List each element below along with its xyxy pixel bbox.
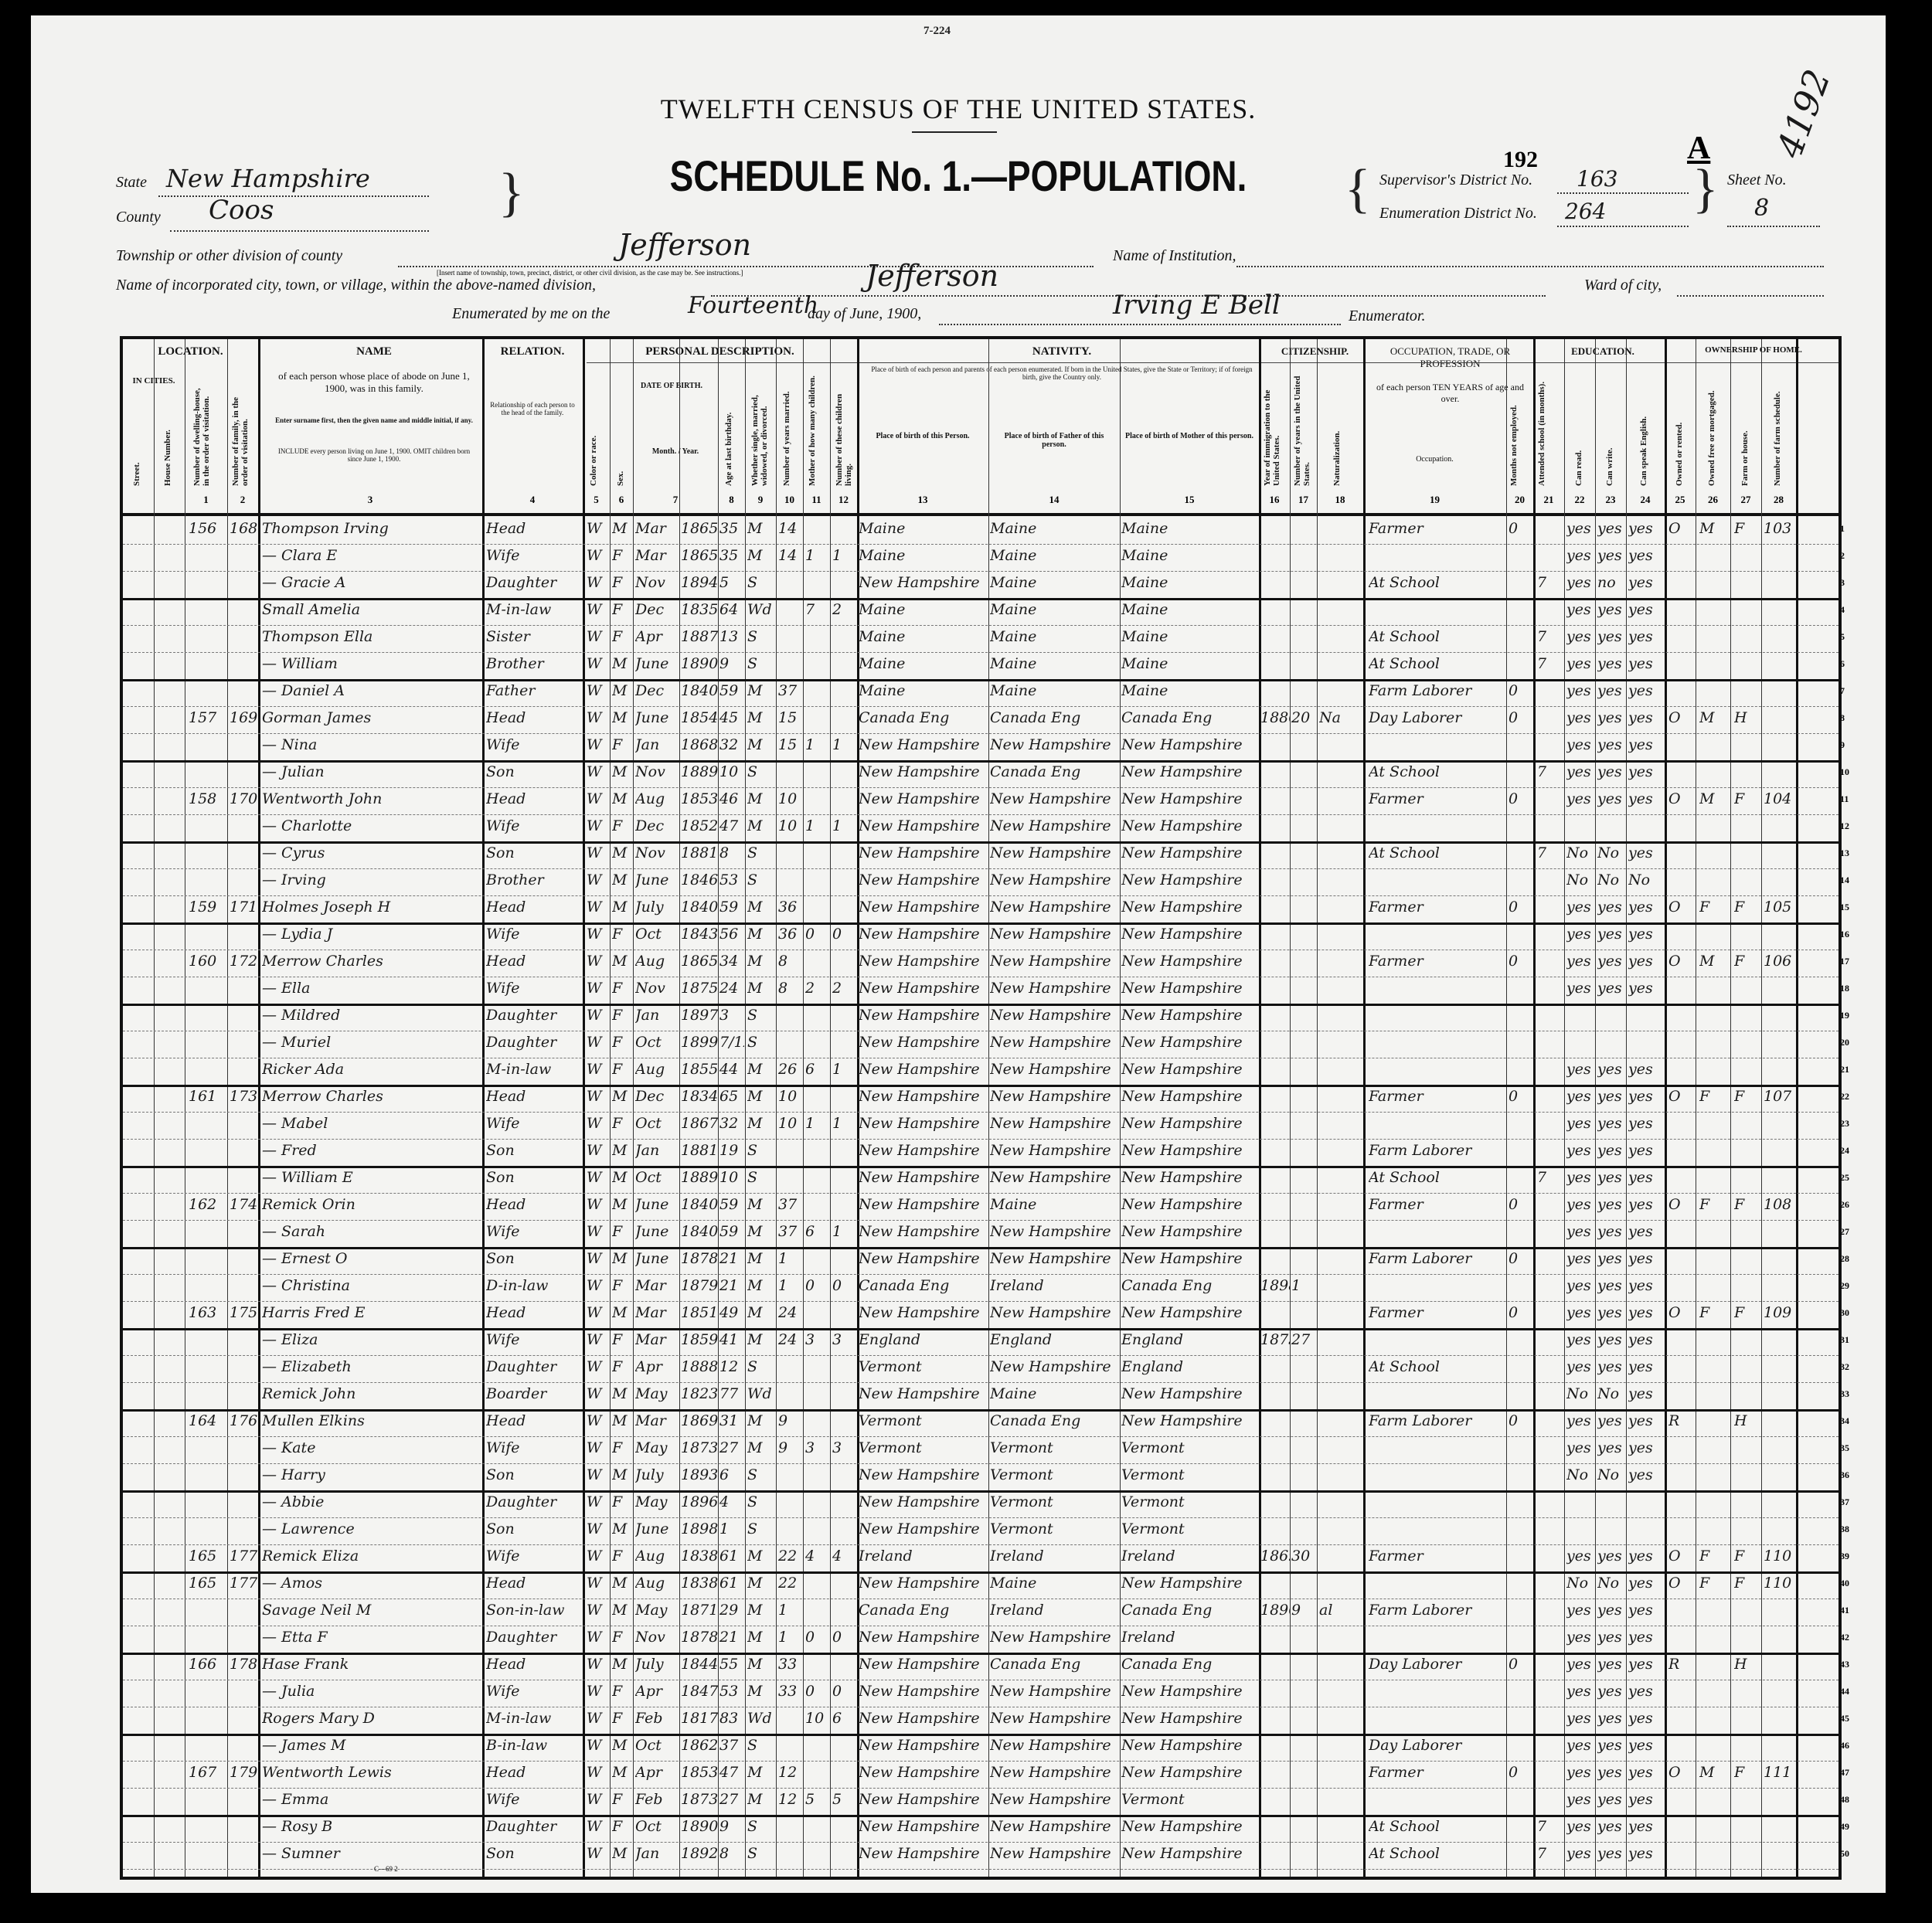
cell-read: yes	[1566, 655, 1594, 672]
cell-ms: M	[747, 520, 775, 537]
section-relation: RELATION.	[486, 345, 579, 358]
county-value: Coos	[209, 195, 274, 226]
cell-age: 59	[719, 1223, 744, 1240]
name-instruction-2: INCLUDE every person living on June 1, 1…	[274, 447, 474, 463]
cell-pb: New Hampshire	[859, 1656, 987, 1673]
cell-name: Small Amelia	[262, 601, 482, 618]
cell-sex: F	[612, 817, 632, 834]
table-row: — CyrusSonWMNov18818SNew HampshireNew Ha…	[123, 841, 1838, 869]
cell-mc: 0	[805, 1683, 828, 1700]
cell-mc: 1	[805, 736, 828, 753]
cell-write: yes	[1597, 1412, 1625, 1429]
cell-age: 49	[719, 1304, 744, 1321]
cell-dw: 167	[189, 1764, 226, 1781]
cell-rel: Daughter	[486, 1034, 582, 1051]
cell-cl: 1	[832, 1115, 855, 1132]
line-number: 15	[1840, 902, 1849, 913]
table-row: — ElizaWifeWFMar185941M2433EnglandEnglan…	[123, 1328, 1838, 1356]
cell-ym: 12	[778, 1791, 803, 1808]
enumerated-prefix: Enumerated by me on the	[452, 305, 610, 323]
cell-occ: Farmer	[1369, 953, 1505, 970]
cell-ym: 26	[778, 1061, 803, 1078]
cell-write: No	[1597, 1575, 1625, 1592]
cell-rel: Head	[486, 1088, 582, 1105]
header-house-number: House Number.	[163, 424, 172, 486]
table-row: 162174Remick OrinHeadWMJune184059M37New …	[123, 1193, 1838, 1221]
cell-eng: yes	[1628, 1358, 1662, 1375]
cell-month: Aug	[635, 1575, 679, 1592]
cell-color: W	[587, 1520, 608, 1537]
cell-mb: Vermont	[1121, 1439, 1257, 1456]
cell-pb: New Hampshire	[859, 574, 987, 591]
cell-write: yes	[1597, 926, 1625, 943]
nativity-description: Place of birth of each person and parent…	[865, 365, 1259, 381]
cell-year: 1878	[681, 1250, 718, 1267]
cell-nat: Na	[1319, 709, 1362, 726]
cell-ym: 12	[778, 1764, 803, 1781]
cell-own: O	[1668, 899, 1695, 916]
cell-mb: New Hampshire	[1121, 1088, 1257, 1105]
cell-name: Thompson Ella	[262, 628, 482, 645]
cell-age: 10	[719, 763, 744, 780]
cell-month: May	[635, 1439, 679, 1456]
colnum-14: 14	[988, 494, 1120, 506]
line-number: 45	[1840, 1713, 1849, 1724]
cell-sex: M	[612, 844, 632, 861]
cell-occ: Farmer	[1369, 1304, 1505, 1321]
cell-write: yes	[1597, 1602, 1625, 1619]
cell-sex: M	[612, 1142, 632, 1159]
cell-write: yes	[1597, 1818, 1625, 1835]
cell-year: 1899	[681, 1034, 718, 1051]
cell-mb: New Hampshire	[1121, 980, 1257, 997]
cell-name: — Gracie A	[262, 574, 482, 591]
cell-color: W	[587, 763, 608, 780]
line-number: 34	[1840, 1415, 1849, 1427]
cell-sex: F	[612, 1223, 632, 1240]
cell-eng: yes	[1628, 682, 1662, 699]
relation-description: Relationship of each person to the head …	[490, 401, 575, 416]
cell-read: yes	[1566, 1412, 1594, 1429]
cell-mc: 10	[805, 1710, 828, 1727]
cell-ym: 1	[778, 1277, 803, 1294]
section-nativity: NATIVITY.	[861, 345, 1263, 358]
cell-color: W	[587, 709, 608, 726]
cell-year: 1840	[681, 899, 718, 916]
cell-pb: New Hampshire	[859, 871, 987, 888]
table-row: 163175Harris Fred EHeadWMMar185149M24New…	[123, 1301, 1838, 1330]
cell-read: yes	[1566, 1845, 1594, 1862]
line-number: 4	[1840, 604, 1845, 616]
cell-mb: New Hampshire	[1121, 1385, 1257, 1402]
line-number: 30	[1840, 1307, 1849, 1319]
cell-pb: New Hampshire	[859, 763, 987, 780]
sheet-header: 7-224 TWELFTH CENSUS OF THE UNITED STATE…	[31, 15, 1886, 340]
cell-month: Mar	[635, 520, 679, 537]
cell-age: 77	[719, 1385, 744, 1402]
cell-rel: Wife	[486, 1548, 582, 1565]
cell-color: W	[587, 682, 608, 699]
cell-name: — Elizabeth	[262, 1358, 482, 1375]
cell-rel: Son	[486, 1520, 582, 1537]
cell-own: O	[1668, 1304, 1695, 1321]
cell-eng: yes	[1628, 763, 1662, 780]
table-row: Small AmeliaM-in-lawWFDec183564Wd72Maine…	[123, 598, 1838, 626]
table-row: — KateWifeWFMay187327M933VermontVermontV…	[123, 1436, 1838, 1464]
cell-eng: yes	[1628, 1385, 1662, 1402]
cell-write: yes	[1597, 736, 1625, 753]
line-number: 24	[1840, 1145, 1849, 1157]
cell-mb: Vermont	[1121, 1791, 1257, 1808]
cell-read: yes	[1566, 1196, 1594, 1213]
cell-pb: Maine	[859, 547, 987, 564]
cell-ym: 37	[778, 1196, 803, 1213]
cell-read: yes	[1566, 682, 1594, 699]
cell-ym: 15	[778, 736, 803, 753]
cell-age: 21	[719, 1629, 744, 1646]
cell-mb: New Hampshire	[1121, 1683, 1257, 1700]
cell-eng: yes	[1628, 1061, 1662, 1078]
cell-occ: Farmer	[1369, 520, 1505, 537]
cell-sch: 7	[1537, 763, 1563, 780]
cell-ms: S	[747, 1520, 775, 1537]
cell-age: 8	[719, 844, 744, 861]
cell-sex: M	[612, 1304, 632, 1321]
cell-read: yes	[1566, 1818, 1594, 1835]
cell-farm: F	[1734, 1304, 1760, 1321]
cell-cl: 1	[832, 1223, 855, 1240]
cell-write: no	[1597, 574, 1625, 591]
cell-pb: England	[859, 1331, 987, 1348]
cell-mc: 5	[805, 1791, 828, 1808]
cell-ms: S	[747, 1034, 775, 1051]
colnum-28: 28	[1761, 494, 1796, 506]
cell-fb: Maine	[990, 547, 1118, 564]
state-label: State	[116, 174, 147, 192]
footer-mark: C—69 2	[374, 1865, 398, 1873]
cell-eng: yes	[1628, 1115, 1662, 1132]
cell-mb: Maine	[1121, 520, 1257, 537]
line-number: 49	[1840, 1821, 1849, 1833]
line-number: 31	[1840, 1334, 1849, 1346]
cell-fb: Ireland	[990, 1548, 1118, 1565]
cell-color: W	[587, 926, 608, 943]
cell-month: June	[635, 1520, 679, 1537]
cell-sex: M	[612, 1845, 632, 1862]
header-mother-of: Mother of how many children.	[808, 370, 828, 486]
cell-name: Harris Fred E	[262, 1304, 482, 1321]
cell-occ: Farm Laborer	[1369, 1250, 1505, 1267]
cell-mb: New Hampshire	[1121, 736, 1257, 753]
cell-rel: M-in-law	[486, 601, 582, 618]
cell-mb: New Hampshire	[1121, 1061, 1257, 1078]
cell-fb: New Hampshire	[990, 899, 1118, 916]
cell-age: 24	[719, 980, 744, 997]
cell-write: yes	[1597, 1331, 1625, 1348]
cell-write: yes	[1597, 628, 1625, 645]
cell-ms: M	[747, 1548, 775, 1565]
cell-ym: 10	[778, 1088, 803, 1105]
cell-read: yes	[1566, 1548, 1594, 1565]
cell-eng: yes	[1628, 1223, 1662, 1240]
sheet-label: Sheet No.	[1727, 172, 1787, 189]
line-number: 47	[1840, 1767, 1849, 1779]
cell-eng: yes	[1628, 844, 1662, 861]
cell-sex: M	[612, 1520, 632, 1537]
enumerator-name: Irving E Bell	[1113, 290, 1281, 321]
cell-color: W	[587, 1142, 608, 1159]
cell-write: yes	[1597, 709, 1625, 726]
cell-ms: S	[747, 1142, 775, 1159]
cell-ms: S	[747, 1493, 775, 1510]
cell-month: Apr	[635, 628, 679, 645]
cell-ms: S	[747, 1358, 775, 1375]
header-can-read: Can read.	[1574, 432, 1583, 486]
cell-write: yes	[1597, 1737, 1625, 1754]
cell-fb: New Hampshire	[990, 953, 1118, 970]
cell-sex: F	[612, 1548, 632, 1565]
cell-cl: 0	[832, 1683, 855, 1700]
cell-rel: Wife	[486, 736, 582, 753]
cell-sex: M	[612, 1088, 632, 1105]
cell-name: Rogers Mary D	[262, 1710, 482, 1727]
cell-color: W	[587, 1250, 608, 1267]
cell-own: O	[1668, 1764, 1695, 1781]
cell-mb: England	[1121, 1331, 1257, 1348]
cell-cl: 1	[832, 736, 855, 753]
cell-write: yes	[1597, 547, 1625, 564]
table-row: 159171Holmes Joseph HHeadWMJuly184059M36…	[123, 895, 1838, 925]
cell-occ: At School	[1369, 763, 1505, 780]
cell-read: No	[1566, 871, 1594, 888]
cell-farm: H	[1734, 1656, 1760, 1673]
cell-age: 59	[719, 1196, 744, 1213]
cell-sch: 7	[1537, 574, 1563, 591]
cell-farm: F	[1734, 1575, 1760, 1592]
cell-ms: M	[747, 1656, 775, 1673]
line-number: 16	[1840, 929, 1849, 940]
cell-name: — Nina	[262, 736, 482, 753]
cell-rel: Wife	[486, 1791, 582, 1808]
cell-dw: 166	[189, 1656, 226, 1673]
cell-name: — Cyrus	[262, 844, 482, 861]
cell-month: June	[635, 709, 679, 726]
cell-ms: M	[747, 1331, 775, 1348]
colnum-23: 23	[1595, 494, 1626, 506]
table-row: — ElizabethDaughterWFApr188812SVermontNe…	[123, 1355, 1838, 1383]
enumerated-suffix: day of June, 1900,	[808, 305, 921, 323]
cell-rel: Son-in-law	[486, 1602, 582, 1619]
cell-sex: F	[612, 1331, 632, 1348]
cell-year: 1838	[681, 1575, 718, 1592]
cell-year: 1843	[681, 926, 718, 943]
cell-year: 1889	[681, 1169, 718, 1186]
cell-mb: New Hampshire	[1121, 1737, 1257, 1754]
header-birthplace-person: Place of birth of this Person.	[861, 432, 985, 440]
cell-read: yes	[1566, 1304, 1594, 1321]
cell-year: 1898	[681, 1520, 718, 1537]
cell-year: 1823	[681, 1385, 718, 1402]
cell-write: yes	[1597, 1061, 1625, 1078]
cell-occ: Farmer	[1369, 1764, 1505, 1781]
cell-color: W	[587, 1007, 608, 1024]
cell-mne: 0	[1509, 1196, 1532, 1213]
cell-sex: M	[612, 709, 632, 726]
cell-write: No	[1597, 844, 1625, 861]
cell-eng: yes	[1628, 1602, 1662, 1619]
cell-name: — Lydia J	[262, 926, 482, 943]
cell-fs: 106	[1764, 953, 1796, 970]
cell-mb: New Hampshire	[1121, 899, 1257, 916]
cell-sex: F	[612, 1358, 632, 1375]
cell-name: Gorman James	[262, 709, 482, 726]
line-number: 29	[1840, 1280, 1849, 1292]
cell-write: yes	[1597, 1115, 1625, 1132]
header-free-mortgaged: Owned free or mortgaged.	[1707, 370, 1716, 486]
cell-pb: New Hampshire	[859, 790, 987, 807]
colnum-11: 11	[803, 494, 830, 506]
cell-write: yes	[1597, 1629, 1625, 1646]
brace-districts-left: {	[1345, 158, 1371, 220]
cell-year: 1890	[681, 655, 718, 672]
cell-color: W	[587, 1764, 608, 1781]
cell-eng: yes	[1628, 709, 1662, 726]
table-row: 160172Merrow CharlesHeadWMAug186534M8New…	[123, 950, 1838, 977]
cell-fb: New Hampshire	[990, 1629, 1118, 1646]
cell-mb: New Hampshire	[1121, 1764, 1257, 1781]
cell-fb: Maine	[990, 601, 1118, 618]
cell-sex: M	[612, 1250, 632, 1267]
cell-year: 1865	[681, 547, 718, 564]
cell-age: 10	[719, 1169, 744, 1186]
line-number: 20	[1840, 1037, 1849, 1048]
cell-rel: Head	[486, 1656, 582, 1673]
cell-rel: Son	[486, 1466, 582, 1483]
cell-ms: S	[747, 871, 775, 888]
cell-pb: New Hampshire	[859, 1466, 987, 1483]
cell-write: No	[1597, 1385, 1625, 1402]
cell-year: 1868	[681, 736, 718, 753]
cell-month: July	[635, 899, 679, 916]
cell-rel: M-in-law	[486, 1710, 582, 1727]
cell-ym: 36	[778, 899, 803, 916]
table-row: — HarrySonWMJuly18936SNew HampshireVermo…	[123, 1463, 1838, 1493]
cell-fb: New Hampshire	[990, 1737, 1118, 1754]
cell-color: W	[587, 1061, 608, 1078]
cell-mb: Canada Eng	[1121, 709, 1257, 726]
cell-farm: F	[1734, 899, 1760, 916]
cell-own: R	[1668, 1412, 1695, 1429]
city-value: Jefferson	[866, 259, 998, 293]
cell-mb: New Hampshire	[1121, 790, 1257, 807]
cell-eng: yes	[1628, 1439, 1662, 1456]
cell-name: Wentworth John	[262, 790, 482, 807]
cell-cl: 6	[832, 1710, 855, 1727]
cell-sex: M	[612, 655, 632, 672]
cell-age: 61	[719, 1548, 744, 1565]
cell-color: W	[587, 601, 608, 618]
header-marital: Whether single, married, widowed, or div…	[750, 370, 774, 486]
cell-mb: New Hampshire	[1121, 1142, 1257, 1159]
cell-own: O	[1668, 1575, 1695, 1592]
cell-age: 31	[719, 1412, 744, 1429]
cell-eng: yes	[1628, 1088, 1662, 1105]
cell-mb: Maine	[1121, 574, 1257, 591]
cell-mb: New Hampshire	[1121, 1845, 1257, 1862]
cell-write: yes	[1597, 1169, 1625, 1186]
cell-eng: yes	[1628, 1764, 1662, 1781]
header-children-living: Number of these children living.	[835, 370, 855, 486]
cell-year: 1817	[681, 1710, 718, 1727]
line-number: 40	[1840, 1578, 1849, 1589]
cell-cl: 3	[832, 1331, 855, 1348]
cell-name: — Mabel	[262, 1115, 482, 1132]
cell-mb: New Hampshire	[1121, 1412, 1257, 1429]
cell-pb: Maine	[859, 655, 987, 672]
cell-eng: yes	[1628, 980, 1662, 997]
name-description: of each person whose place of abode on J…	[274, 370, 474, 395]
colnum-7: 7	[633, 494, 718, 506]
line-number: 50	[1840, 1848, 1849, 1860]
cell-month: Oct	[635, 926, 679, 943]
cell-read: yes	[1566, 1088, 1594, 1105]
cell-read: No	[1566, 1575, 1594, 1592]
table-row: — MildredDaughterWFJan18973SNew Hampshir…	[123, 1004, 1838, 1031]
cell-mb: Maine	[1121, 682, 1257, 699]
cell-write: yes	[1597, 1142, 1625, 1159]
cell-fb: Vermont	[990, 1493, 1118, 1510]
cell-ms: S	[747, 574, 775, 591]
cell-fam: 175	[230, 1304, 257, 1321]
table-row: — IrvingBrotherWMJune184653SNew Hampshir…	[123, 868, 1838, 896]
line-number: 32	[1840, 1361, 1849, 1373]
cell-fs: 110	[1764, 1575, 1796, 1592]
line-number: 43	[1840, 1659, 1849, 1670]
cell-month: June	[635, 871, 679, 888]
colnum-26: 26	[1696, 494, 1730, 506]
cell-pb: New Hampshire	[859, 899, 987, 916]
section-personal: PERSONAL DESCRIPTION.	[587, 345, 853, 358]
cell-read: yes	[1566, 1277, 1594, 1294]
line-number: 11	[1840, 793, 1849, 805]
supervisor-district: 163	[1577, 166, 1617, 192]
cell-sex: F	[612, 1007, 632, 1024]
cell-pb: New Hampshire	[859, 1196, 987, 1213]
colnum-2: 2	[227, 494, 258, 506]
cell-rel: Son	[486, 1169, 582, 1186]
line-number: 33	[1840, 1388, 1849, 1400]
cell-read: yes	[1566, 1331, 1594, 1348]
cell-age: 59	[719, 899, 744, 916]
cell-ym: 14	[778, 547, 803, 564]
cell-pb: New Hampshire	[859, 1088, 987, 1105]
cell-month: Aug	[635, 790, 679, 807]
cell-sex: F	[612, 1710, 632, 1727]
table-row: — MurielDaughterWFOct18997/12SNew Hampsh…	[123, 1031, 1838, 1058]
cell-sex: M	[612, 1764, 632, 1781]
cell-eng: No	[1628, 871, 1662, 888]
cell-name: — Harry	[262, 1466, 482, 1483]
cell-fb: Maine	[990, 520, 1118, 537]
cell-year: 1894	[681, 574, 718, 591]
cell-pb: New Hampshire	[859, 1034, 987, 1051]
cell-color: W	[587, 1277, 608, 1294]
cell-mc: 6	[805, 1223, 828, 1240]
cell-name: — Muriel	[262, 1034, 482, 1051]
cell-ms: Wd	[747, 601, 775, 618]
cell-mort: M	[1699, 520, 1729, 537]
cell-write: yes	[1597, 1088, 1625, 1105]
